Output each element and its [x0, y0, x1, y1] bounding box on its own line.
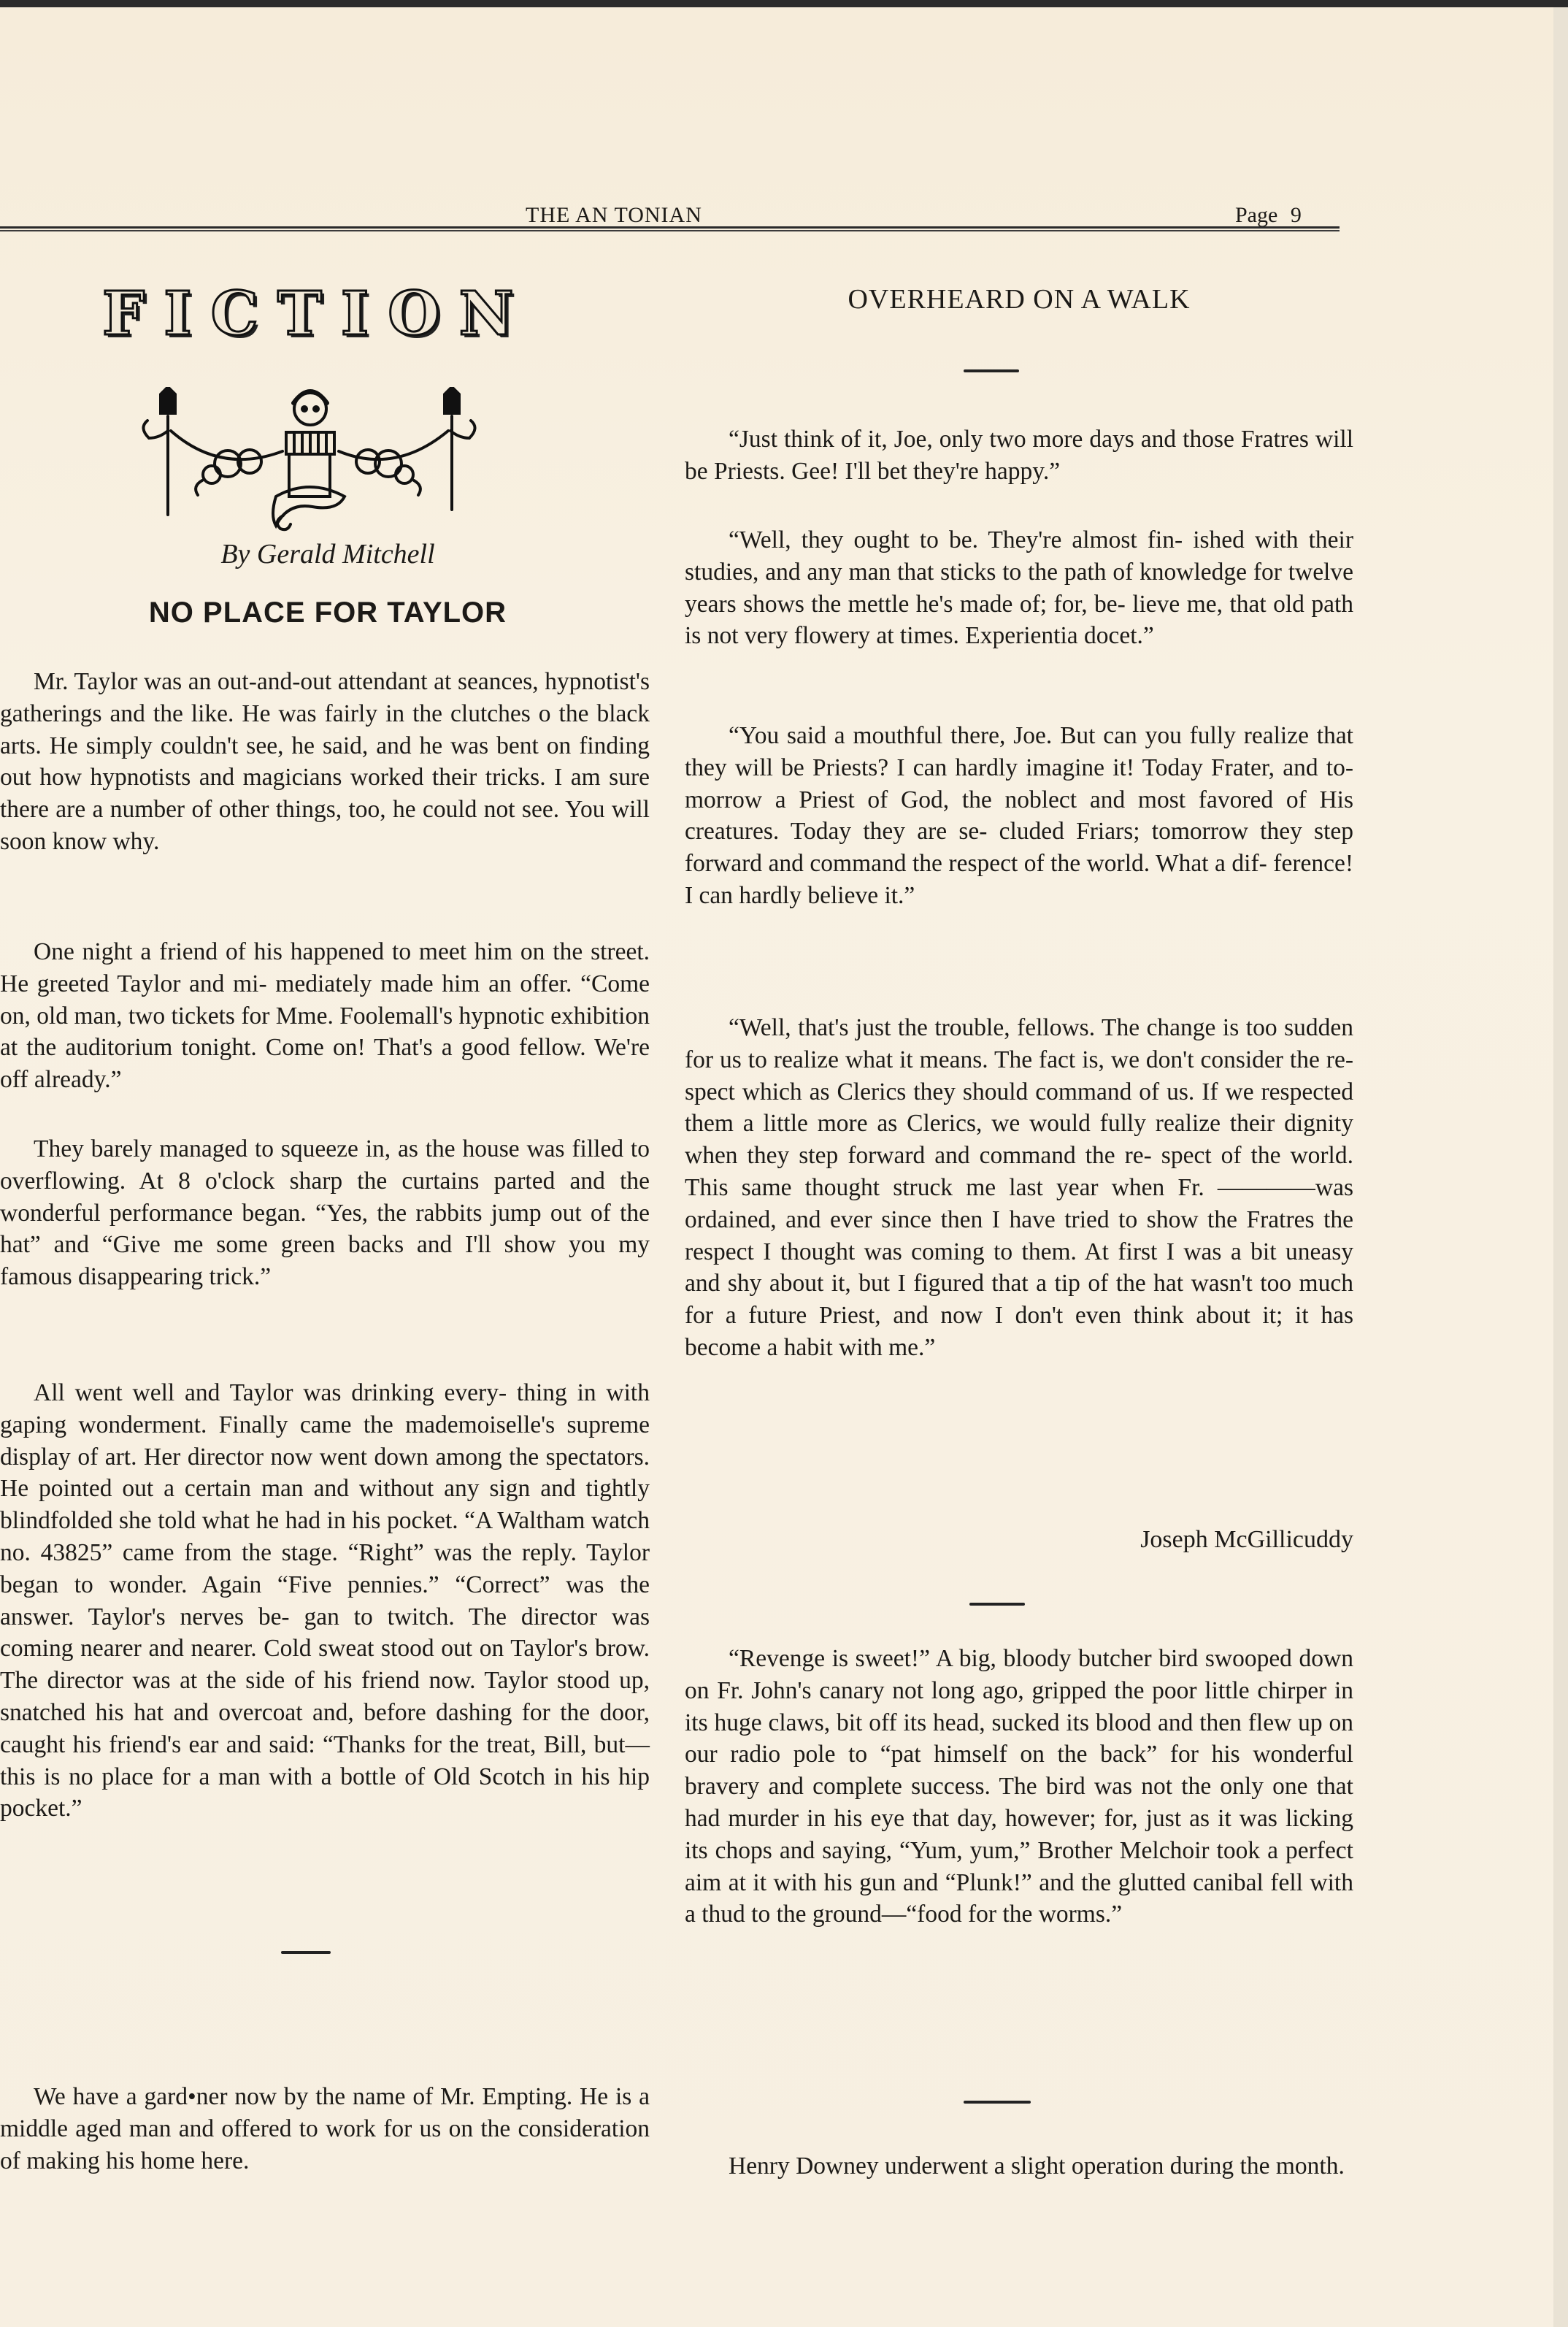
story-byline: By Gerald Mitchell	[0, 538, 656, 570]
article-signature: Joseph McGillicuddy	[1064, 1526, 1353, 1554]
section-divider	[964, 2101, 1031, 2104]
story-paragraph: All went well and Taylor was drinking ev…	[0, 1377, 650, 1825]
story-title-no-place-for-taylor: NO PLACE FOR TAYLOR	[0, 597, 656, 629]
page-number: Page 9	[1235, 203, 1302, 228]
story-paragraph: Mr. Taylor was an out-and-out attendant …	[0, 666, 650, 858]
section-divider	[281, 1951, 331, 1954]
header-double-rule	[0, 226, 1340, 231]
dialogue-paragraph: “Just think of it, Joe, only two more da…	[685, 423, 1353, 488]
scan-top-edge	[0, 0, 1568, 7]
pan-garland-ornament-icon	[133, 387, 483, 533]
news-note-gardener: We have a gard•ner now by the name of Mr…	[0, 2081, 650, 2177]
story-title-overheard-on-a-walk: OVERHEARD ON A WALK	[685, 283, 1353, 315]
dialogue-paragraph: “Well, they ought to be. They're almost …	[685, 524, 1353, 652]
scan-right-edge	[1553, 7, 1568, 2327]
section-divider	[964, 369, 1019, 372]
news-note-butcher-bird: “Revenge is sweet!” A big, bloody butche…	[685, 1643, 1353, 1931]
section-title-fiction: FICTION	[102, 279, 496, 349]
dialogue-paragraph: “You said a mouthful there, Joe. But can…	[685, 720, 1353, 912]
section-divider	[969, 1603, 1025, 1606]
story-paragraph: They barely managed to squeeze in, as th…	[0, 1133, 650, 1293]
publication-title: THE AN TONIAN	[526, 203, 702, 228]
news-note-henry-downey: Henry Downey underwent a slight operatio…	[685, 2150, 1353, 2182]
magazine-page: THE AN TONIAN Page 9 FICTION	[0, 7, 1553, 2327]
dialogue-paragraph: “Well, that's just the trouble, fellows.…	[685, 1012, 1353, 1364]
story-paragraph: One night a friend of his happened to me…	[0, 936, 650, 1096]
running-header: THE AN TONIAN Page 9	[0, 203, 1340, 229]
